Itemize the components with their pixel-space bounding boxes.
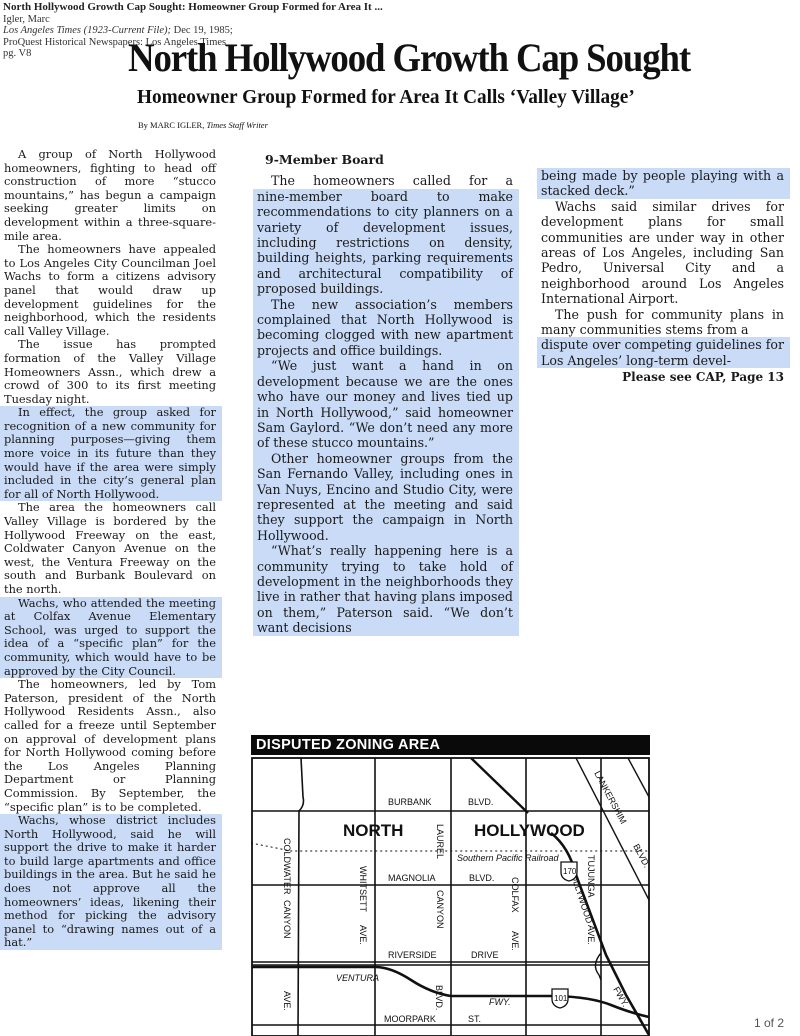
paragraph: The homeowners, led by Tom Paterson, pre… bbox=[4, 678, 216, 814]
article-column-1: A group of North Hollywood homeowners, f… bbox=[4, 148, 216, 950]
citation-title: North Hollywood Growth Cap Sought: Homeo… bbox=[3, 2, 383, 14]
label-coldwater-ave: AVE. bbox=[282, 991, 292, 1011]
highlighted-paragraph[interactable]: Wachs, who attended the meeting at Colfa… bbox=[0, 597, 222, 679]
label-tujunga-ave: AVE. bbox=[586, 925, 596, 945]
label-laurel: LAUREL bbox=[435, 824, 445, 859]
label-railroad: Southern Pacific Railroad bbox=[457, 853, 560, 863]
label-moorpark-st: ST. bbox=[468, 1014, 481, 1024]
paragraph-first-line: The homeowners called for a bbox=[257, 173, 513, 188]
label-north: NORTH bbox=[343, 821, 403, 840]
label-coldwater-canyon: CANYON bbox=[282, 900, 292, 939]
paragraph: A group of North Hollywood homeowners, f… bbox=[4, 148, 216, 243]
section-subhead: 9-Member Board bbox=[265, 152, 513, 167]
label-laurel-canyon: CANYON bbox=[435, 890, 445, 929]
label-hollywood: HOLLYWOOD bbox=[474, 821, 585, 840]
citation-author: Igler, Marc bbox=[3, 14, 383, 26]
label-colfax-ave: AVE. bbox=[510, 931, 520, 951]
label-laurel-blvd: BLVD. bbox=[434, 985, 444, 1010]
route-101-shield-icon: 101 bbox=[552, 989, 568, 1008]
page-indicator: 1 of 2 bbox=[754, 1016, 784, 1030]
highlighted-block[interactable]: nine-member board to make recommendation… bbox=[253, 189, 519, 636]
paragraph: Wachs said similar drives for developmen… bbox=[541, 199, 784, 307]
byline-role: Times Staff Writer bbox=[206, 120, 267, 130]
label-fwy: FWY. bbox=[489, 997, 511, 1007]
paragraph: nine-member board to make recommendation… bbox=[257, 189, 513, 297]
label-whitsett-ave: AVE. bbox=[358, 925, 368, 945]
paragraph: The new association’s members complained… bbox=[257, 297, 513, 359]
label-burbank-blvd: BLVD. bbox=[468, 797, 493, 807]
paragraph: The homeowners have appealed to Los Ange… bbox=[4, 243, 216, 338]
zoning-map: DISPUTED ZONING AREA bbox=[251, 735, 800, 1036]
highlighted-paragraph[interactable]: being made by people playing with a stac… bbox=[537, 168, 790, 199]
label-whitsett: WHITSETT bbox=[358, 866, 368, 912]
label-coldwater: COLDWATER bbox=[282, 838, 292, 895]
highlighted-paragraph[interactable]: Wachs, whose district includes North Hol… bbox=[0, 814, 222, 950]
paragraph: The issue has prompted formation of the … bbox=[4, 338, 216, 406]
article-column-2: 9-Member Board The homeowners called for… bbox=[257, 152, 513, 636]
paragraph: The area the homeowners call Valley Vill… bbox=[4, 501, 216, 596]
highlighted-paragraph[interactable]: In effect, the group asked for recogniti… bbox=[0, 406, 222, 501]
label-ventura: VENTURA bbox=[336, 973, 379, 983]
paragraph: Other homeowner groups from the San Fern… bbox=[257, 451, 513, 543]
label-riverside: RIVERSIDE bbox=[388, 950, 437, 960]
article-column-3: being made by people playing with a stac… bbox=[541, 168, 784, 386]
route-170-shield-icon: 170 bbox=[561, 862, 577, 881]
label-riverside-drive: DRIVE bbox=[471, 950, 499, 960]
highlighted-paragraph[interactable]: dispute over competing guidelines for Lo… bbox=[537, 337, 790, 368]
paragraph: The push for community plans in many com… bbox=[541, 307, 784, 338]
label-magnolia-blvd: BLVD. bbox=[469, 873, 494, 883]
map-graphic: BURBANK BLVD. NORTH HOLLYWOOD Southern P… bbox=[251, 735, 800, 1036]
continuation-link[interactable]: Please see CAP, Page 13 bbox=[541, 370, 784, 385]
label-colfax: COLFAX bbox=[510, 877, 520, 913]
byline: By MARC IGLER, Times Staff Writer bbox=[138, 120, 268, 130]
svg-text:101: 101 bbox=[554, 994, 568, 1003]
headline: North Hollywood Growth Cap Sought bbox=[128, 34, 690, 81]
byline-name: By MARC IGLER, bbox=[138, 120, 206, 130]
subheadline: Homeowner Group Formed for Area It Calls… bbox=[137, 86, 635, 109]
label-moorpark: MOORPARK bbox=[384, 1014, 436, 1024]
paragraph: “We just want a hand in on development b… bbox=[257, 358, 513, 450]
label-tujunga: TUJUNGA bbox=[586, 855, 596, 898]
label-lankershim: LANKERSHIM bbox=[592, 769, 628, 825]
svg-text:170: 170 bbox=[563, 867, 577, 876]
label-burbank: BURBANK bbox=[388, 797, 432, 807]
label-magnolia: MAGNOLIA bbox=[388, 873, 436, 883]
paragraph: “What’s really happening here is a commu… bbox=[257, 543, 513, 635]
